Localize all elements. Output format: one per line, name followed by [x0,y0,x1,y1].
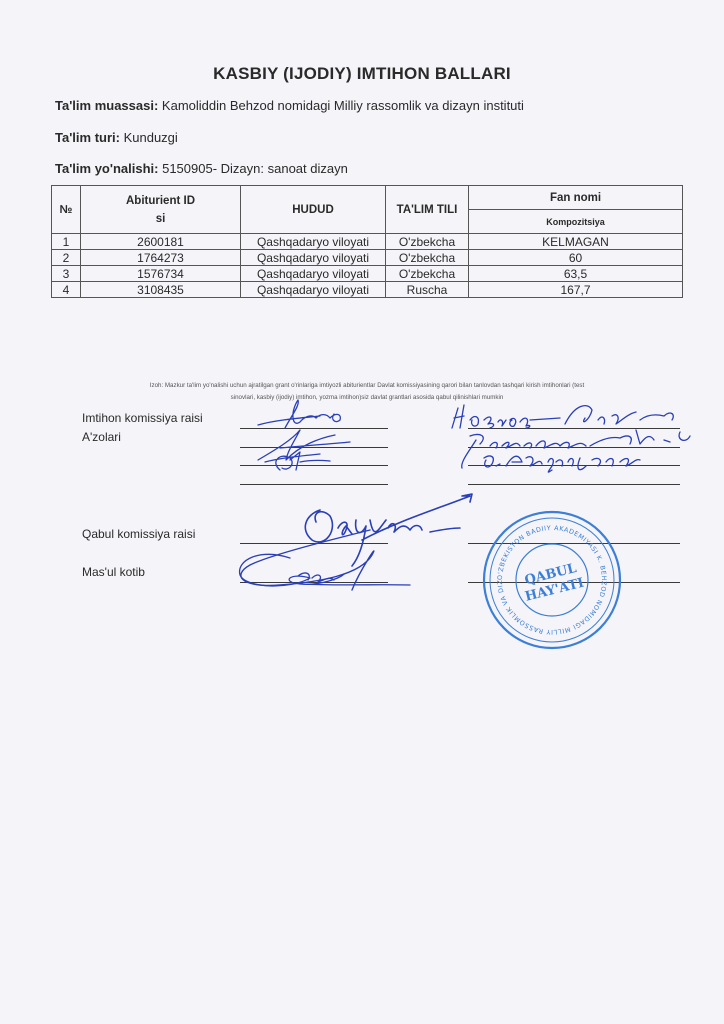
signature-line [468,428,680,429]
signature-member-1 [258,430,350,460]
cell-id: 2600181 [81,234,241,250]
header-subject: Kompozitsiya [469,210,683,234]
signature-line [240,447,388,448]
signature-line [468,465,680,466]
table-row: 4 3108435 Qashqadaryo viloyati Ruscha 16… [52,282,683,298]
table-row: 1 2600181 Qashqadaryo viloyati O'zbekcha… [52,234,683,250]
cell-score: KELMAGAN [469,234,683,250]
cell-id: 3108435 [81,282,241,298]
label-members: A'zolari [82,430,121,444]
cell-language: O'zbekcha [386,266,469,282]
cell-language: O'zbekcha [386,250,469,266]
handwriting-layer: O'ZBEKISTON BADIIY AKADEMIYASI K. BEHZOD… [0,0,724,1024]
label-secretary: Mas'ul kotib [82,565,145,579]
scores-table: № Abiturient ID si HUDUD TA'LIM TILI Fan… [51,185,683,298]
field-study-type: Ta'lim turi: Kunduzgi [55,130,178,145]
cell-id: 1576734 [81,266,241,282]
signature-line [240,543,388,544]
label-exam-chair: Imtihon komissiya raisi [82,411,203,425]
cell-no: 3 [52,266,81,282]
header-applicant-id: Abiturient ID si [81,186,241,234]
stamp-center-line-1: QABUL [523,561,578,588]
table-row: 2 1764273 Qashqadaryo viloyati O'zbekcha… [52,250,683,266]
document-page: KASBIY (IJODIY) IMTIHON BALLARI Ta'lim m… [0,0,724,1024]
field-value: Kunduzgi [124,130,178,145]
signature-member-2 [265,452,330,470]
field-value: 5150905- Dizayn: sanoat dizayn [162,161,348,176]
header-applicant-id-text: Abiturient ID si [121,192,201,228]
table-row: 3 1576734 Qashqadaryo viloyati O'zbekcha… [52,266,683,282]
signature-admission-chair-loop [241,530,374,590]
cell-no: 4 [52,282,81,298]
field-direction: Ta'lim yo'nalishi: 5150905- Dizayn: sano… [55,161,348,176]
field-institution: Ta'lim muassasi: Kamoliddin Behzod nomid… [55,98,524,113]
signature-line [240,582,388,583]
header-subject-name: Fan nomi [469,186,683,210]
cell-id: 1764273 [81,250,241,266]
signature-line [240,465,388,466]
cell-language: O'zbekcha [386,234,469,250]
field-label: Ta'lim turi: [55,130,120,145]
signature-line [468,582,680,583]
signature-line [468,484,680,485]
footnote-line-1: Izoh: Mazkur ta'lim yo'nalishi uchun ajr… [52,380,682,392]
cell-score: 167,7 [469,282,683,298]
cell-no: 1 [52,234,81,250]
signature-admission-chair [305,494,472,566]
signature-line [240,428,388,429]
field-value: Kamoliddin Behzod nomidagi Milliy rassom… [162,98,524,113]
cell-no: 2 [52,250,81,266]
header-language: TA'LIM TILI [386,186,469,234]
footnote: Izoh: Mazkur ta'lim yo'nalishi uchun ajr… [52,380,682,404]
document-title: KASBIY (IJODIY) IMTIHON BALLARI [0,64,724,84]
stamp-center-line-2: HAY'ATI [524,576,586,605]
signature-line [468,447,680,448]
cell-score: 60 [469,250,683,266]
cell-region: Qashqadaryo viloyati [241,266,386,282]
handwritten-rizaev [462,430,690,468]
cell-region: Qashqadaryo viloyati [241,282,386,298]
cell-language: Ruscha [386,282,469,298]
header-region: HUDUD [241,186,386,234]
signature-chair [258,400,340,428]
cell-region: Qashqadaryo viloyati [241,234,386,250]
signature-line [240,484,388,485]
cell-score: 63,5 [469,266,683,282]
header-no: № [52,186,81,234]
label-admission-chair: Qabul komissiya raisi [82,527,195,541]
field-label: Ta'lim muassasi: [55,98,158,113]
cell-region: Qashqadaryo viloyati [241,250,386,266]
field-label: Ta'lim yo'nalishi: [55,161,158,176]
footnote-line-2: sinovlari, kasbiy (ijodiy) imtihon, yozm… [52,392,682,404]
signature-line [468,543,680,544]
handwritten-nazirov [452,405,673,428]
